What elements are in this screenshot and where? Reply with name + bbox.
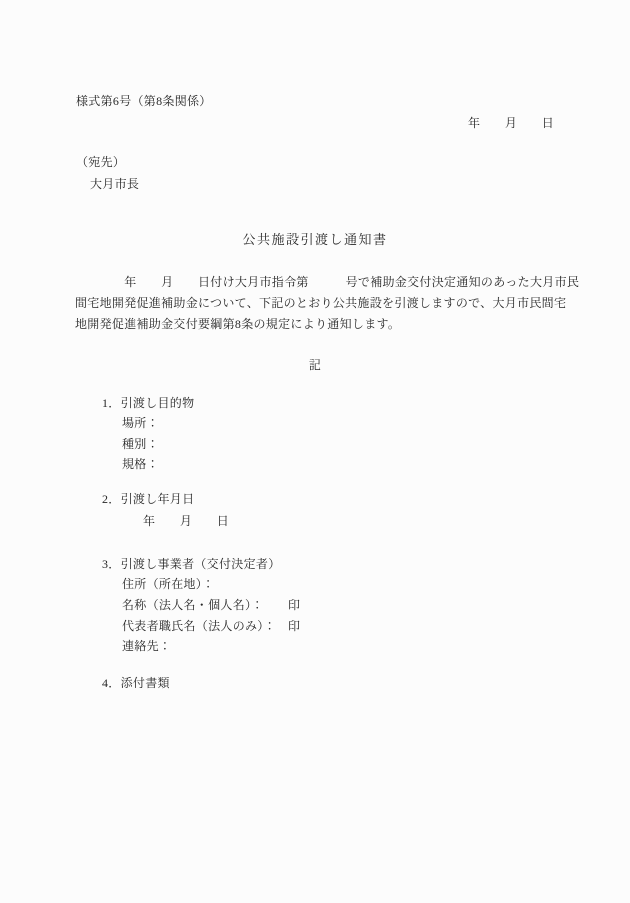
item-3-heading: 3．引渡し事業者（交付決定者） [102,556,281,573]
item-1-field-spec: 規格： [122,456,159,473]
item-2-heading: 2．引渡し年月日 [102,491,194,508]
form-number: 様式第6号（第8条関係） [76,93,212,110]
item-1-field-place: 場所： [122,415,159,432]
record-marker: 記 [0,357,630,374]
body-line-1: 年 月 日付け大月市指令第 号で補助金交付決定通知のあった大月市民 [75,272,579,293]
seal-mark-company: 印 [288,597,300,614]
document-page: 様式第6号（第8条関係） 年 月 日 （宛先） 大月市長 公共施設引渡し通知書 … [0,0,630,903]
addressee-name: 大月市長 [90,176,139,193]
body-line-2: 間宅地開発促進補助金について、下記のとおり公共施設を引渡しますので、大月市民間宅 [75,293,566,314]
item-1-heading: 1．引渡し目的物 [102,395,194,412]
item-3-field-contact: 連絡先： [122,638,171,655]
item-1-field-type: 種別： [122,436,159,453]
item-3-field-company-name: 名称（法人名・個人名）： [122,597,264,614]
addressee-label: （宛先） [76,154,125,171]
document-title: 公共施設引渡し通知書 [0,231,630,248]
seal-mark-representative: 印 [288,618,300,635]
body-line-3: 地開発促進補助金交付要綱第8条の規定により通知します。 [75,314,400,335]
item-4-heading: 4．添付書類 [102,675,170,692]
issue-date-line: 年 月 日 [468,115,554,132]
item-3-field-representative: 代表者職氏名（法人のみ）： [122,618,276,635]
item-2-handover-date-line: 年 月 日 [143,513,229,530]
item-3-field-address: 住所（所在地）： [122,576,214,593]
